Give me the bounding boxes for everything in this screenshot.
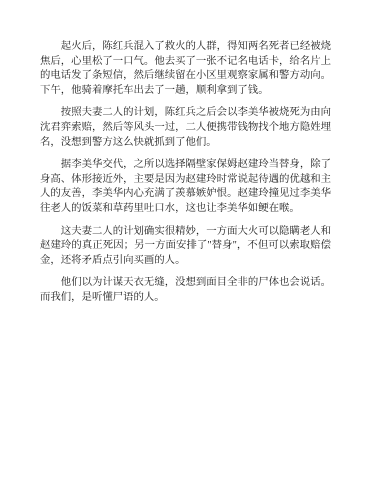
paragraph: 按照夫妻二人的计划，陈红兵之后会以李美华被烧死为由向沈君弈索赔，然后等风头一过，…	[40, 106, 331, 150]
paragraph: 他们以为计谋天衣无缝，没想到面目全非的尸体也会说话。而我们，是听懂尸语的人。	[40, 276, 331, 305]
reader-page[interactable]: 起火后，陈红兵混入了救火的人群，得知两名死者已经被烧焦后，心里松了一口气。他去买…	[0, 0, 370, 480]
paragraph: 这夫妻二人的计划确实很精妙，一方面大火可以隐瞒老人和赵建玲的真正死因；另一方面安…	[40, 225, 331, 269]
book-text-content: 起火后，陈红兵混入了救火的人群，得知两名死者已经被烧焦后，心里松了一口气。他去买…	[0, 0, 370, 306]
paragraph: 起火后，陈红兵混入了救火的人群，得知两名死者已经被烧焦后，心里松了一口气。他去买…	[40, 40, 331, 98]
paragraph: 据李美华交代，之所以选择隔壁家保姆赵建玲当替身，除了身高、体形接近外，主要是因为…	[40, 158, 331, 216]
